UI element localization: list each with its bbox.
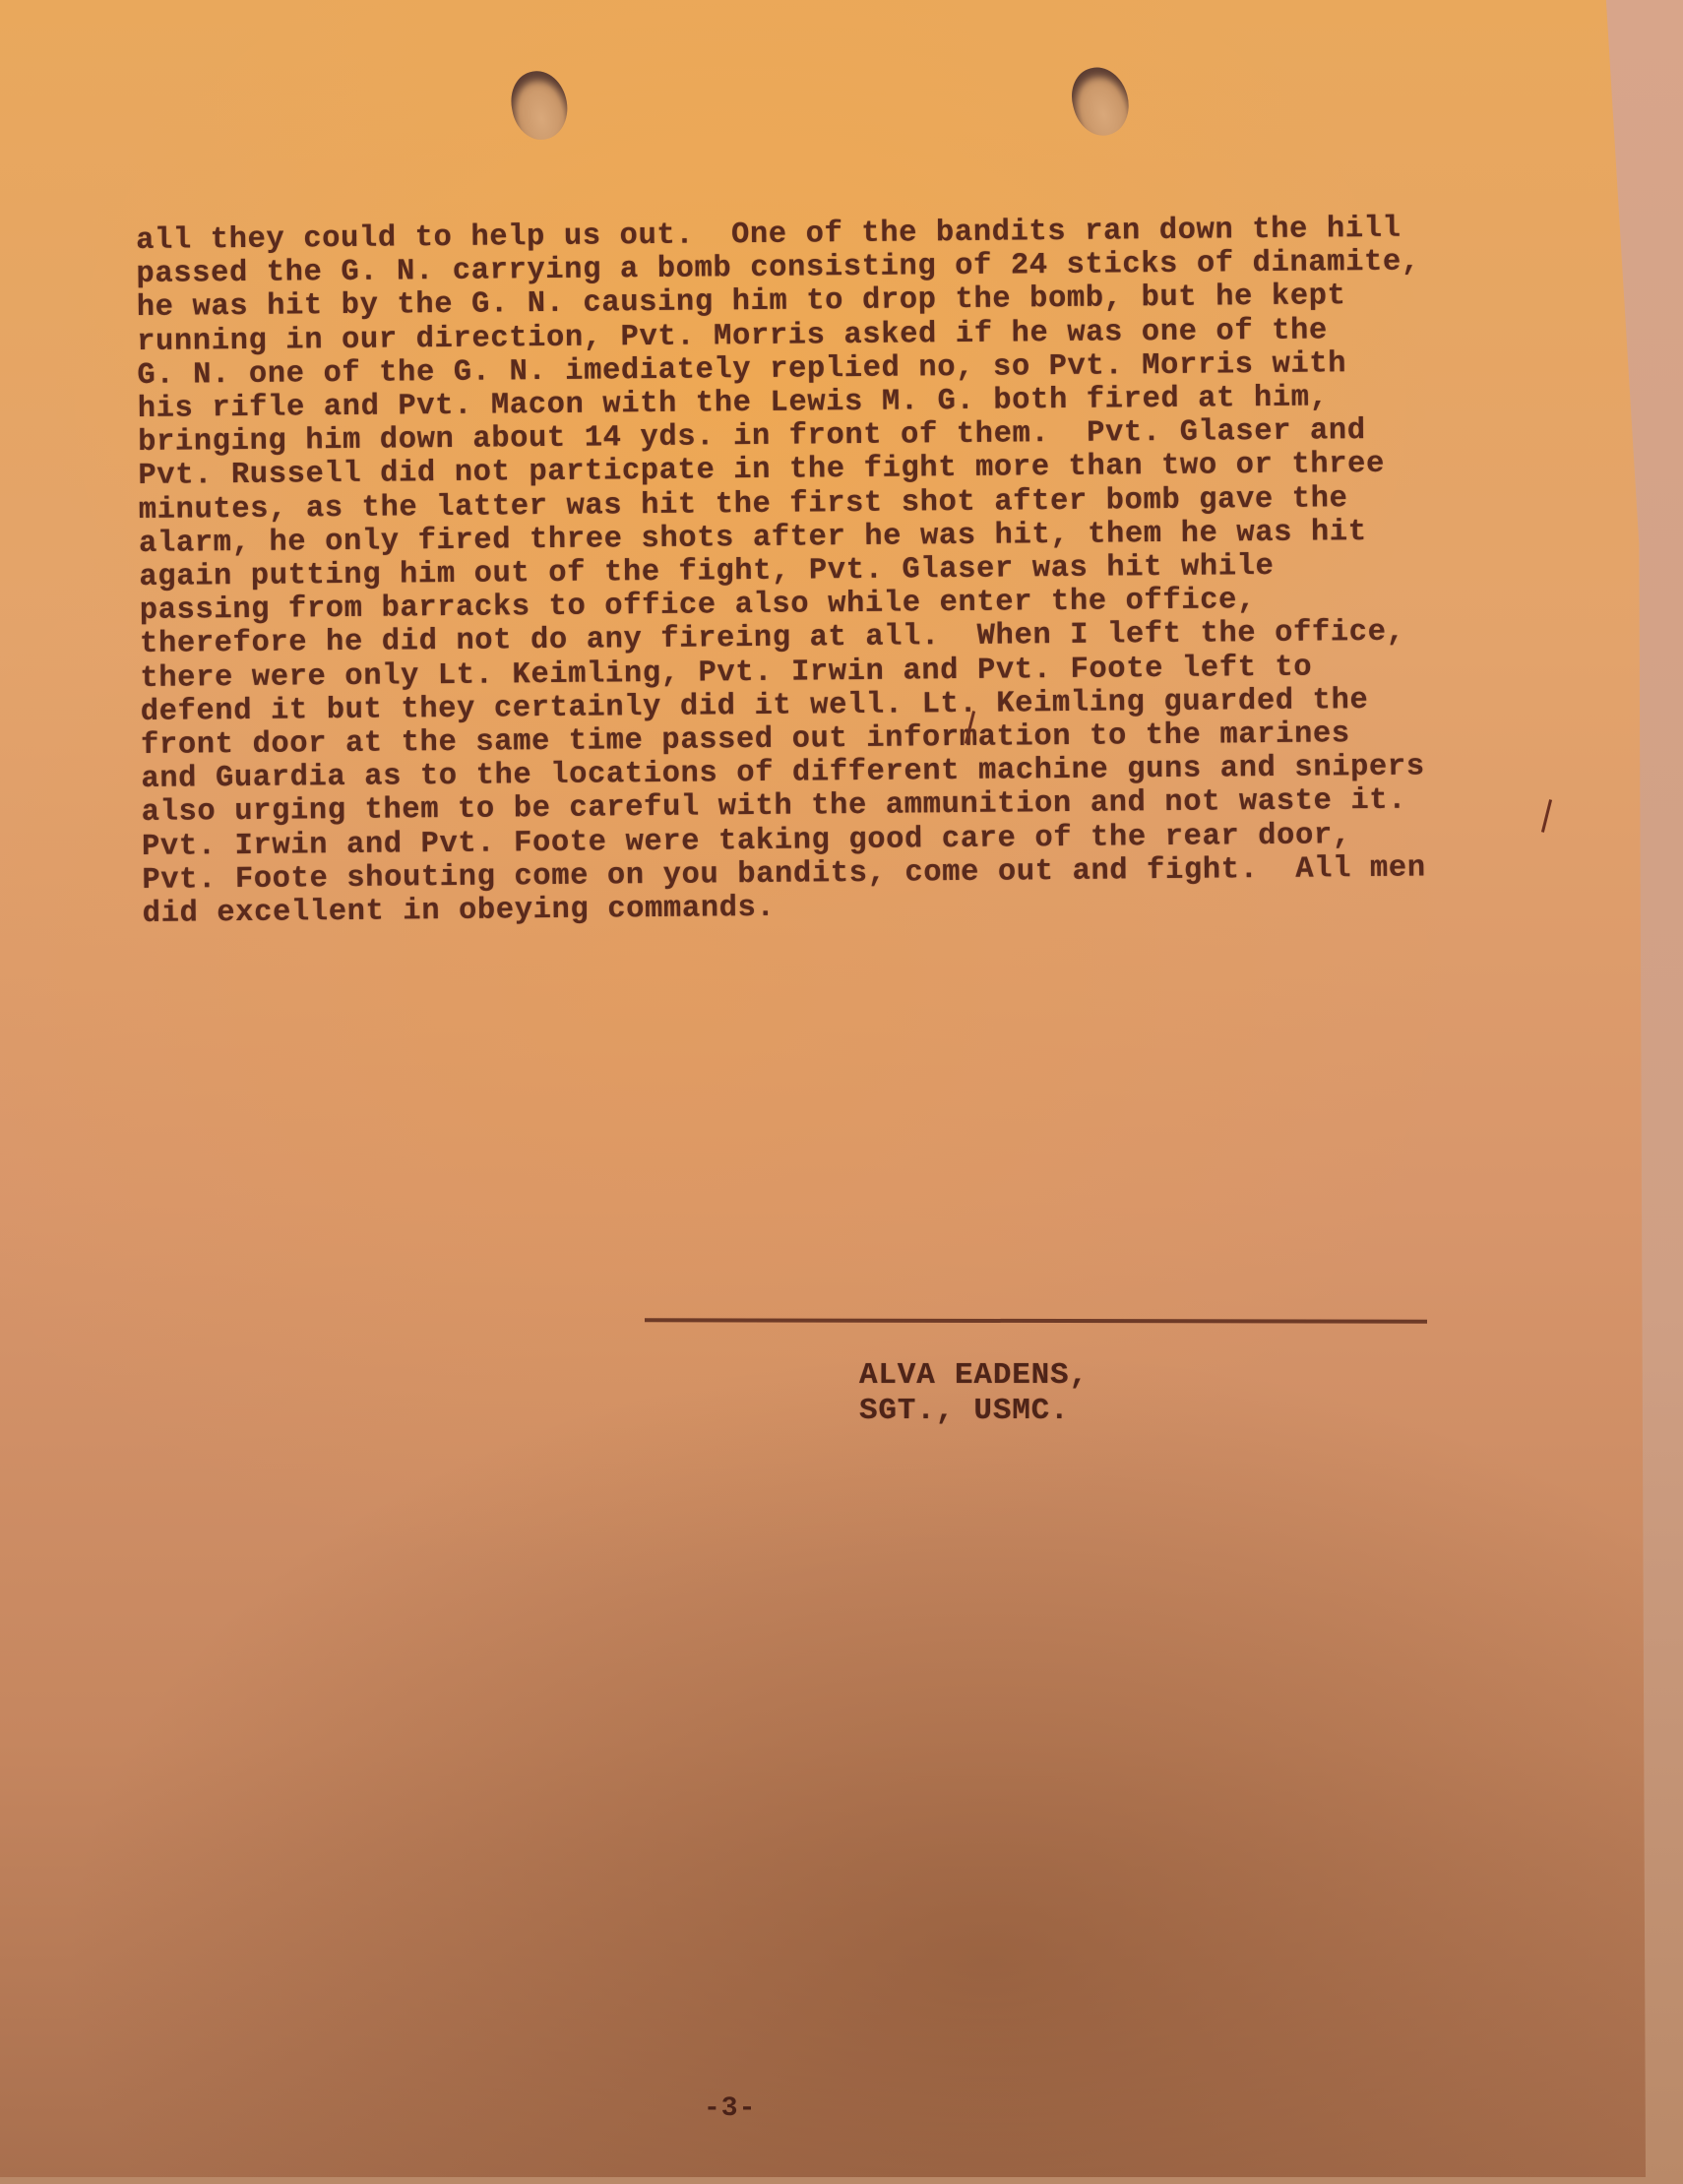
document-page: all they could to help us out. One of th… xyxy=(0,0,1646,2177)
signature-line xyxy=(645,1318,1427,1323)
signer-name: ALVA EADENS, xyxy=(859,1358,1089,1394)
signature-block: ALVA EADENS, SGT., USMC. xyxy=(859,1358,1089,1429)
punch-hole-right xyxy=(1065,61,1136,142)
signer-title: SGT., USMC. xyxy=(859,1394,1089,1429)
page-number: -3- xyxy=(704,2093,756,2124)
report-paragraph: all they could to help us out. One of th… xyxy=(136,211,1589,931)
punch-hole-left xyxy=(506,67,572,145)
